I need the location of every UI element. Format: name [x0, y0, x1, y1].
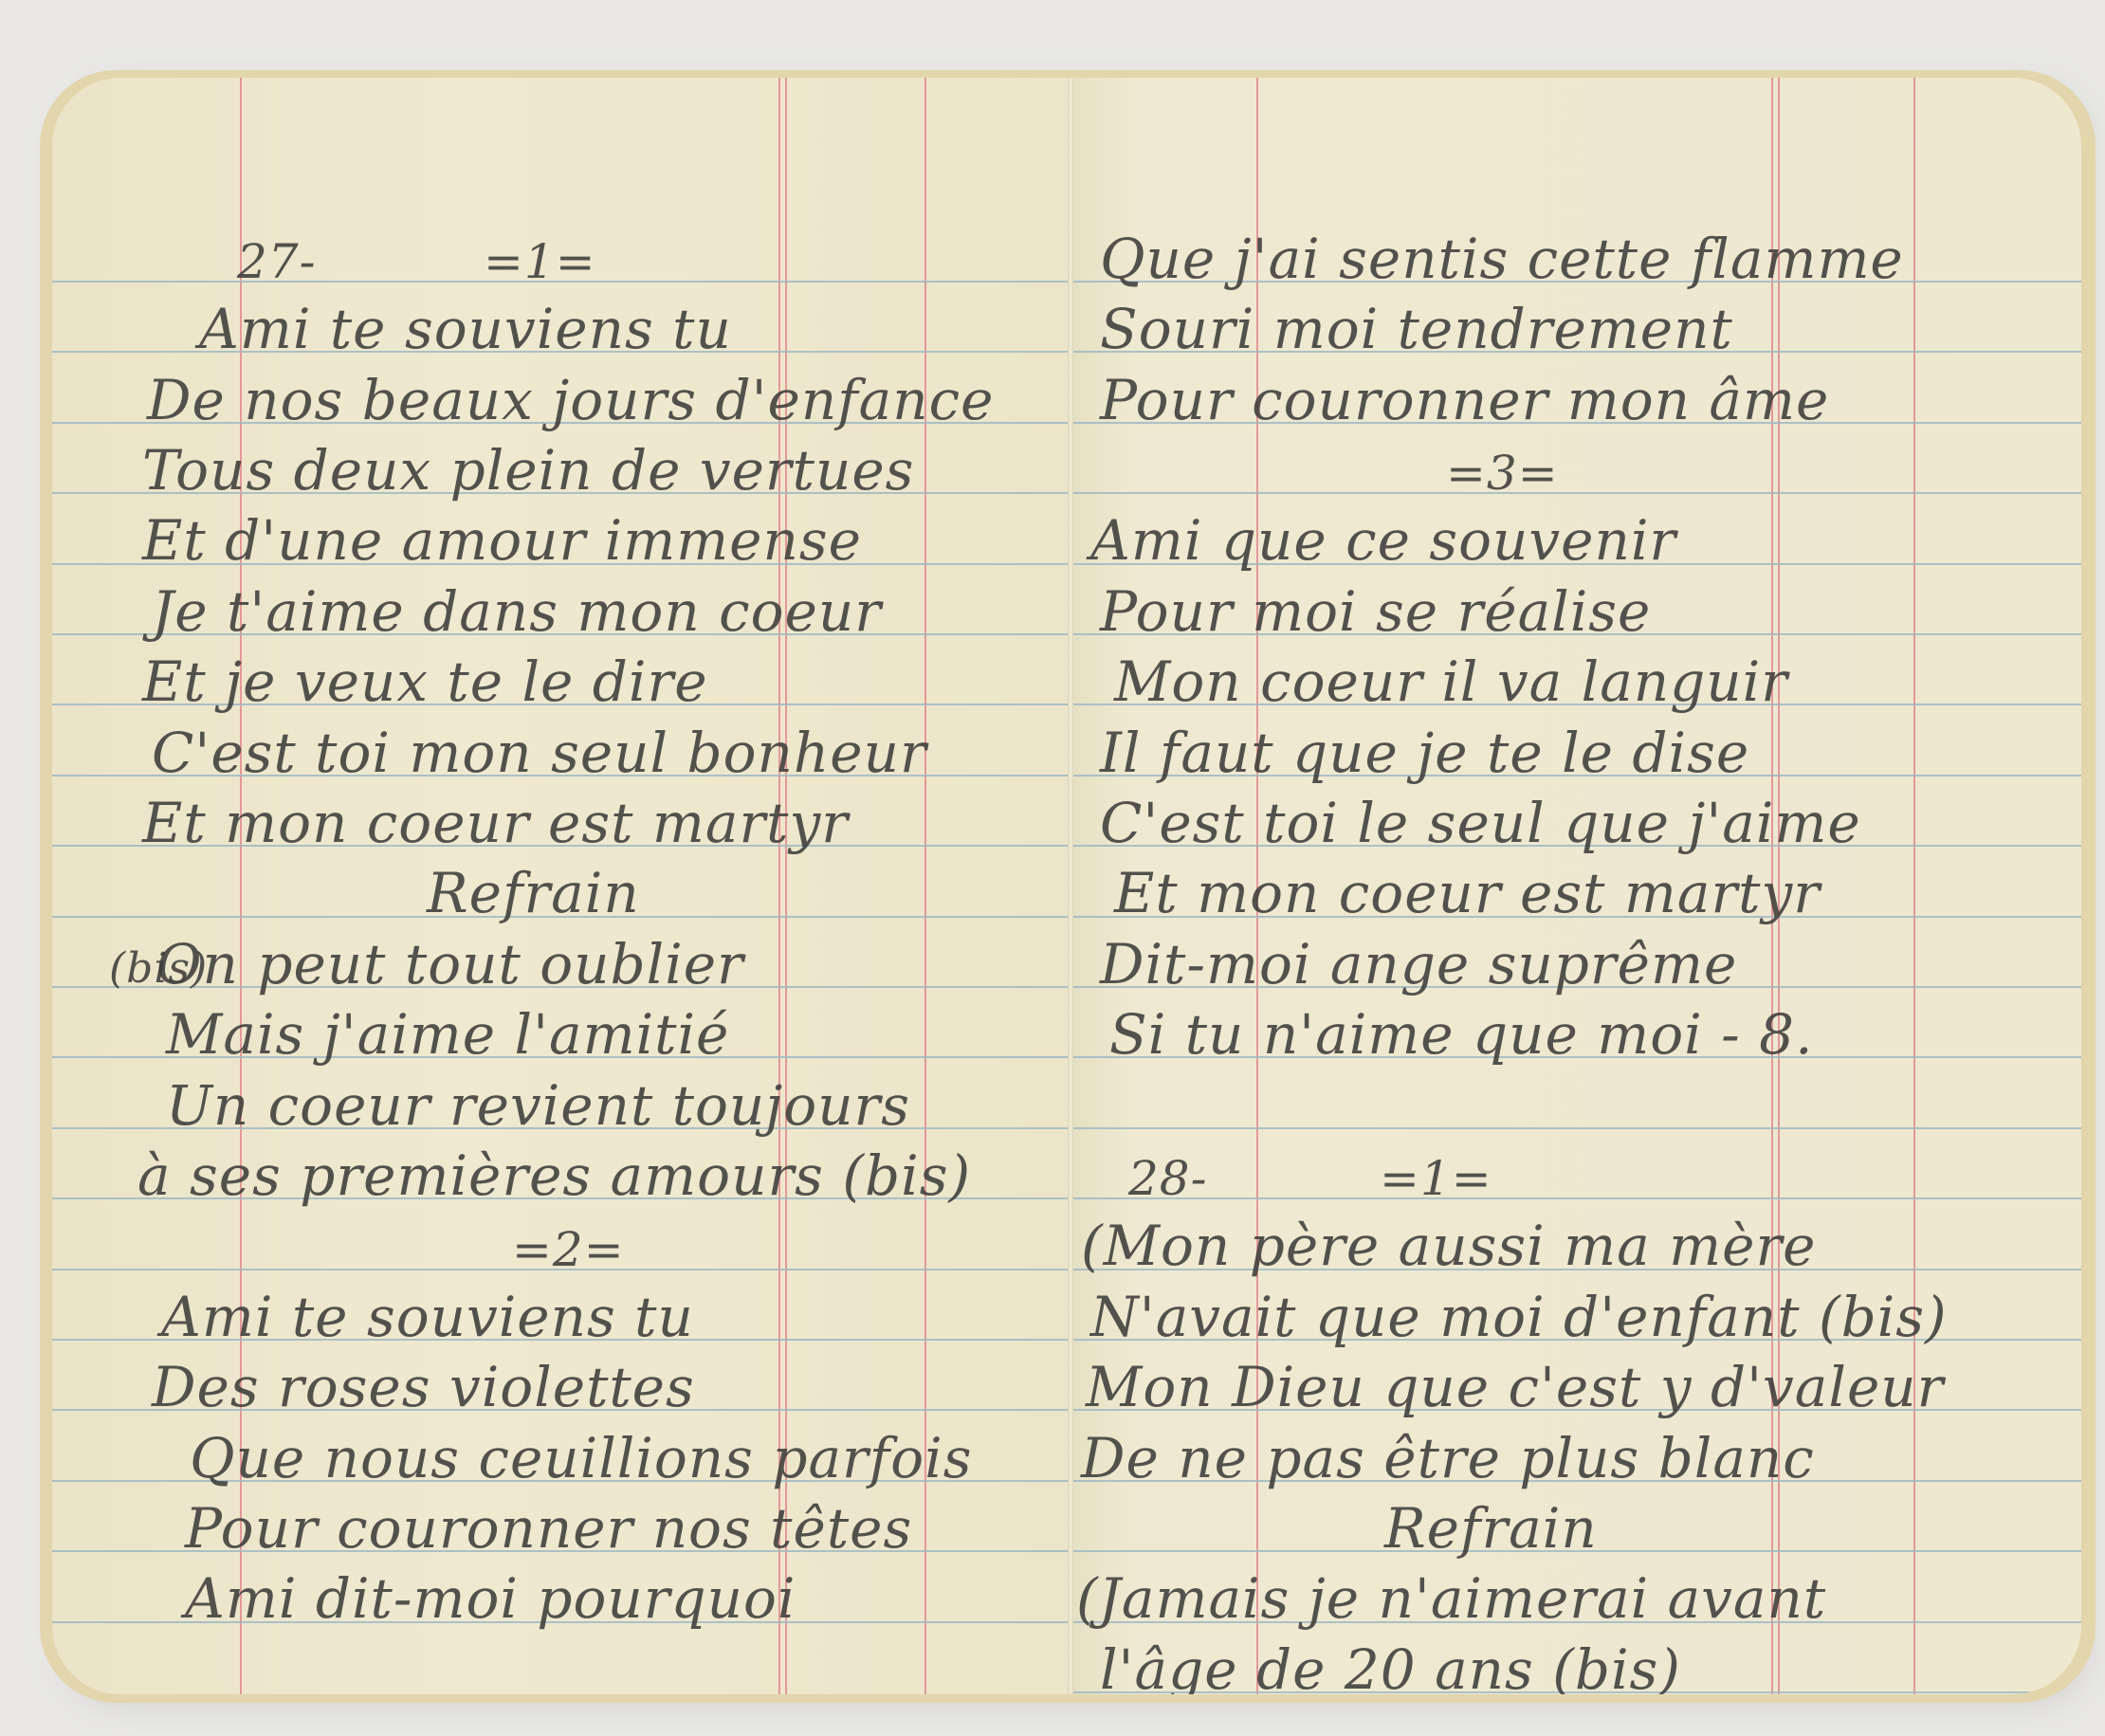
handwritten-line: Refrain — [427, 866, 640, 921]
notebook-binding-gutter — [1068, 78, 1073, 1694]
handwritten-line: (Jamais je n'aimerai avant — [1076, 1571, 1826, 1626]
handwritten-line: Mon Dieu que c'est y d'valeur — [1086, 1360, 1944, 1415]
handwritten-line: Ami te souviens tu — [199, 302, 732, 356]
handwritten-line: C'est toi le seul que j'aime — [1100, 795, 1861, 850]
handwritten-line: Dit-moi ange suprême — [1100, 937, 1737, 992]
ruled-line — [1071, 492, 2081, 494]
handwritten-line: Ami que ce souvenir — [1090, 513, 1676, 568]
handwritten-line: =3= — [1446, 449, 1559, 497]
handwritten-line: Si tu n'aime que moi - 8. — [1109, 1007, 1814, 1062]
handwritten-line: Souri moi tendrement — [1100, 302, 1733, 356]
handwritten-line: Et je veux te le dire — [142, 654, 708, 709]
handwritten-line: Ami te souviens tu — [161, 1289, 694, 1344]
ruled-line — [1071, 1127, 2081, 1129]
handwritten-line: 28- — [1128, 1155, 1208, 1202]
handwritten-line: Pour couronner nos têtes — [185, 1501, 912, 1556]
ruled-line — [1071, 1197, 2081, 1199]
left-page: 27-=1=Ami te souviens tuDe nos beaux jou… — [52, 78, 1071, 1694]
handwritten-line: 27- — [237, 238, 317, 285]
handwritten-line: Mais j'aime l'amitié — [166, 1007, 729, 1062]
handwritten-line: N'avait que moi d'enfant (bis) — [1090, 1289, 1948, 1344]
handwritten-line: Et mon coeur est martyr — [1114, 866, 1821, 921]
handwritten-line: On peut tout oublier — [156, 937, 744, 992]
handwritten-line: Que j'ai sentis cette flamme — [1100, 231, 1904, 286]
handwritten-line: Et mon coeur est martyr — [142, 795, 849, 850]
handwritten-line: De ne pas être plus blanc — [1081, 1431, 1815, 1486]
handwritten-line: Que nous ceuillions parfois — [190, 1431, 972, 1486]
handwritten-line: Je t'aime dans mon coeur — [152, 584, 882, 639]
handwritten-line: =1= — [1380, 1155, 1492, 1202]
handwritten-line: Des roses violettes — [152, 1360, 695, 1415]
handwritten-line: C'est toi mon seul bonheur — [152, 725, 927, 780]
handwritten-line: l'âge de 20 ans (bis) — [1100, 1642, 1681, 1694]
red-margin-line — [1913, 78, 1915, 1694]
handwritten-line: Tous deux plein de vertues — [142, 443, 914, 498]
handwritten-line: Mon coeur il va languir — [1114, 654, 1788, 709]
handwritten-line: =2= — [512, 1226, 625, 1273]
handwritten-line: Il faut que je te le dise — [1100, 725, 1749, 780]
handwritten-line: Et d'une amour immense — [142, 513, 862, 568]
handwritten-line: Un coeur revient toujours — [166, 1078, 910, 1133]
handwritten-line: Pour couronner mon âme — [1100, 373, 1829, 428]
handwritten-line: De nos beaux jours d'enfance — [147, 373, 994, 428]
right-page: Que j'ai sentis cette flammeSouri moi te… — [1071, 78, 2081, 1694]
handwritten-line: =1= — [484, 238, 596, 285]
handwritten-line: Refrain — [1384, 1501, 1598, 1556]
handwritten-line: (Mon père aussi ma mère — [1081, 1218, 1817, 1273]
handwritten-line: à ses premières amours (bis) — [137, 1148, 971, 1203]
handwritten-line: Ami dit-moi pourquoi — [185, 1571, 796, 1626]
handwritten-line: Pour moi se réalise — [1100, 584, 1651, 639]
